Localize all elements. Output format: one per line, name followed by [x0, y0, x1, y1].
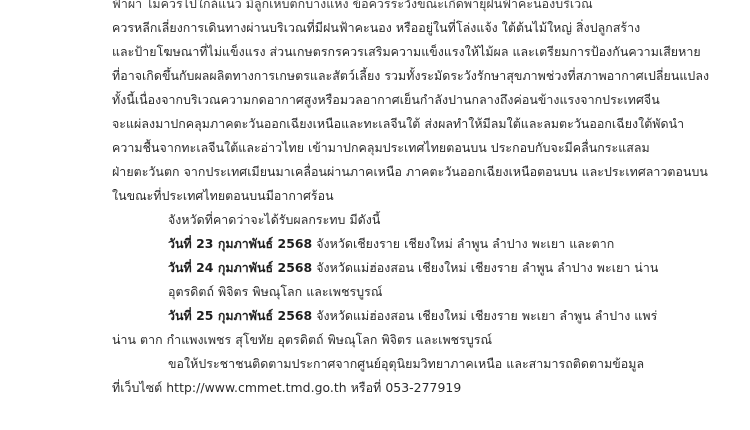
paragraph-line: และป้ายโฆษณาที่ไม่แข็งแรง ส่วนเกษตรกรควร… — [112, 42, 701, 62]
paragraph-line: ควรหลีกเลี่ยงการเดินทางผ่านบริเวณที่มีฝน… — [112, 18, 640, 38]
forecast-date: วันที่ 24 กุมภาพันธ์ 2568 — [168, 260, 312, 275]
paragraph-line: จะแผ่ลงมาปกคลุมภาคตะวันออกเฉียงเหนือและท… — [112, 114, 684, 134]
website-link[interactable]: http://www.cmmet.tmd.go.th — [166, 380, 346, 395]
contact-mid: หรือที่ — [347, 380, 386, 395]
forecast-date: วันที่ 23 กุมภาพันธ์ 2568 — [168, 236, 312, 251]
forecast-date: วันที่ 25 กุมภาพันธ์ 2568 — [168, 308, 312, 323]
paragraph-line: ในขณะที่ประเทศไทยตอนบนมีอากาศร้อน — [112, 186, 334, 206]
paragraph-line: ความชื้นจากทะเลจีนใต้และอ่าวไทย เข้ามาปก… — [112, 138, 650, 158]
forecast-provinces: จังหวัดแม่ฮ่องสอน เชียงใหม่ เชียงราย ลำพ… — [312, 260, 658, 275]
affected-provinces-intro: จังหวัดที่คาดว่าจะได้รับผลกระทบ มีดังนี้ — [168, 210, 380, 230]
forecast-day-25: วันที่ 25 กุมภาพันธ์ 2568 จังหวัดแม่ฮ่อง… — [168, 306, 657, 326]
phone-number: 053-277919 — [385, 380, 461, 395]
contact-prefix: ที่เว็บไซต์ — [112, 380, 166, 395]
paragraph-line: ฟ้าผ่า ไม่ควรไปใกล้แนว มีลูกเห็บตกบางแห่… — [112, 0, 593, 14]
forecast-day-23: วันที่ 23 กุมภาพันธ์ 2568 จังหวัดเชียงรา… — [168, 234, 614, 254]
forecast-provinces: จังหวัดแม่ฮ่องสอน เชียงใหม่ เชียงราย พะเ… — [312, 308, 657, 323]
paragraph-line: ฝ่ายตะวันตก จากประเทศเมียนมาเคลื่อนผ่านภ… — [112, 162, 708, 182]
paragraph-line: ที่อาจเกิดขึ้นกับผลผลิตทางการเกษตรและสัต… — [112, 66, 709, 86]
paragraph-line: ทั้งนี้เนื่องจากบริเวณความกดอากาศสูงหรือ… — [112, 90, 660, 110]
contact-line: ที่เว็บไซต์ http://www.cmmet.tmd.go.th ห… — [112, 378, 461, 398]
forecast-day-25-continuation: น่าน ตาก กำแพงเพชร สุโขทัย อุตรดิตถ์ พิษ… — [112, 330, 492, 350]
closing-line: ขอให้ประชาชนติดตามประกาศจากศูนย์อุตุนิยม… — [168, 354, 644, 374]
forecast-day-24-continuation: อุตรดิตถ์ พิจิตร พิษณุโลก และเพชรบูรณ์ — [168, 282, 382, 302]
forecast-provinces: จังหวัดเชียงราย เชียงใหม่ ลำพูน ลำปาง พะ… — [312, 236, 614, 251]
forecast-day-24: วันที่ 24 กุมภาพันธ์ 2568 จังหวัดแม่ฮ่อง… — [168, 258, 658, 278]
